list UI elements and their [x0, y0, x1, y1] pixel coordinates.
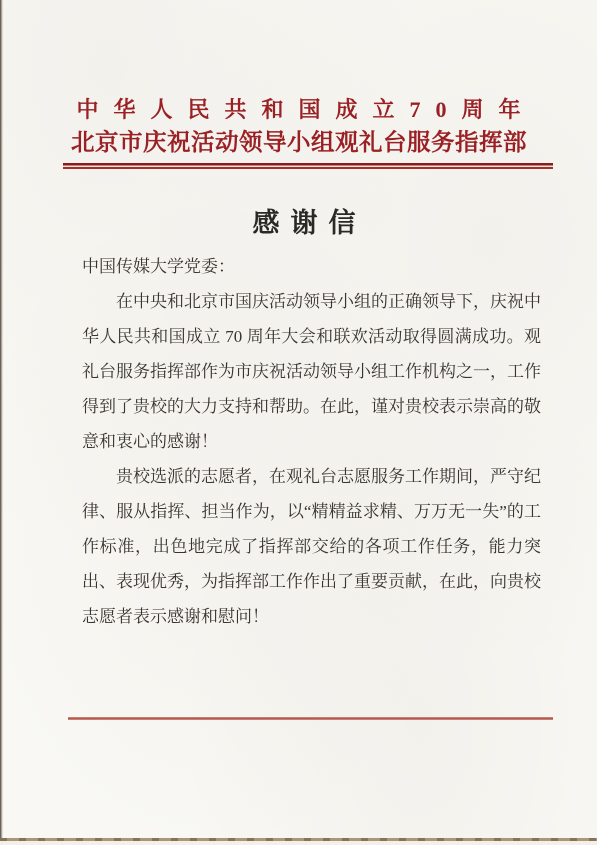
scan-strip-below: [0, 841, 597, 845]
letterhead-line-1: 中华人民共和国成立70周年: [0, 96, 597, 124]
footer-rule: [68, 717, 553, 720]
letterhead-rule: [63, 163, 553, 169]
letter-body: 中国传媒大学党委： 在中央和北京市国庆活动领导小组的正确领导下，庆祝中华人民共和…: [82, 249, 541, 634]
letterhead-line-2: 北京市庆祝活动领导小组观礼台服务指挥部: [0, 128, 597, 158]
letter-title: 感谢信: [0, 206, 597, 240]
paragraph-2: 贵校选派的志愿者，在观礼台志愿服务工作期间，严守纪律、服从指挥、担当作为，以“精…: [82, 459, 541, 634]
letterhead: 中华人民共和国成立70周年 北京市庆祝活动领导小组观礼台服务指挥部: [0, 96, 597, 158]
scanned-letter-page: 中华人民共和国成立70周年 北京市庆祝活动领导小组观礼台服务指挥部 感谢信 中国…: [0, 0, 597, 845]
salutation: 中国传媒大学党委：: [82, 249, 541, 284]
scan-edge-left: [0, 0, 3, 845]
paragraph-1: 在中央和北京市国庆活动领导小组的正确领导下，庆祝中华人民共和国成立 70 周年大…: [82, 284, 541, 459]
